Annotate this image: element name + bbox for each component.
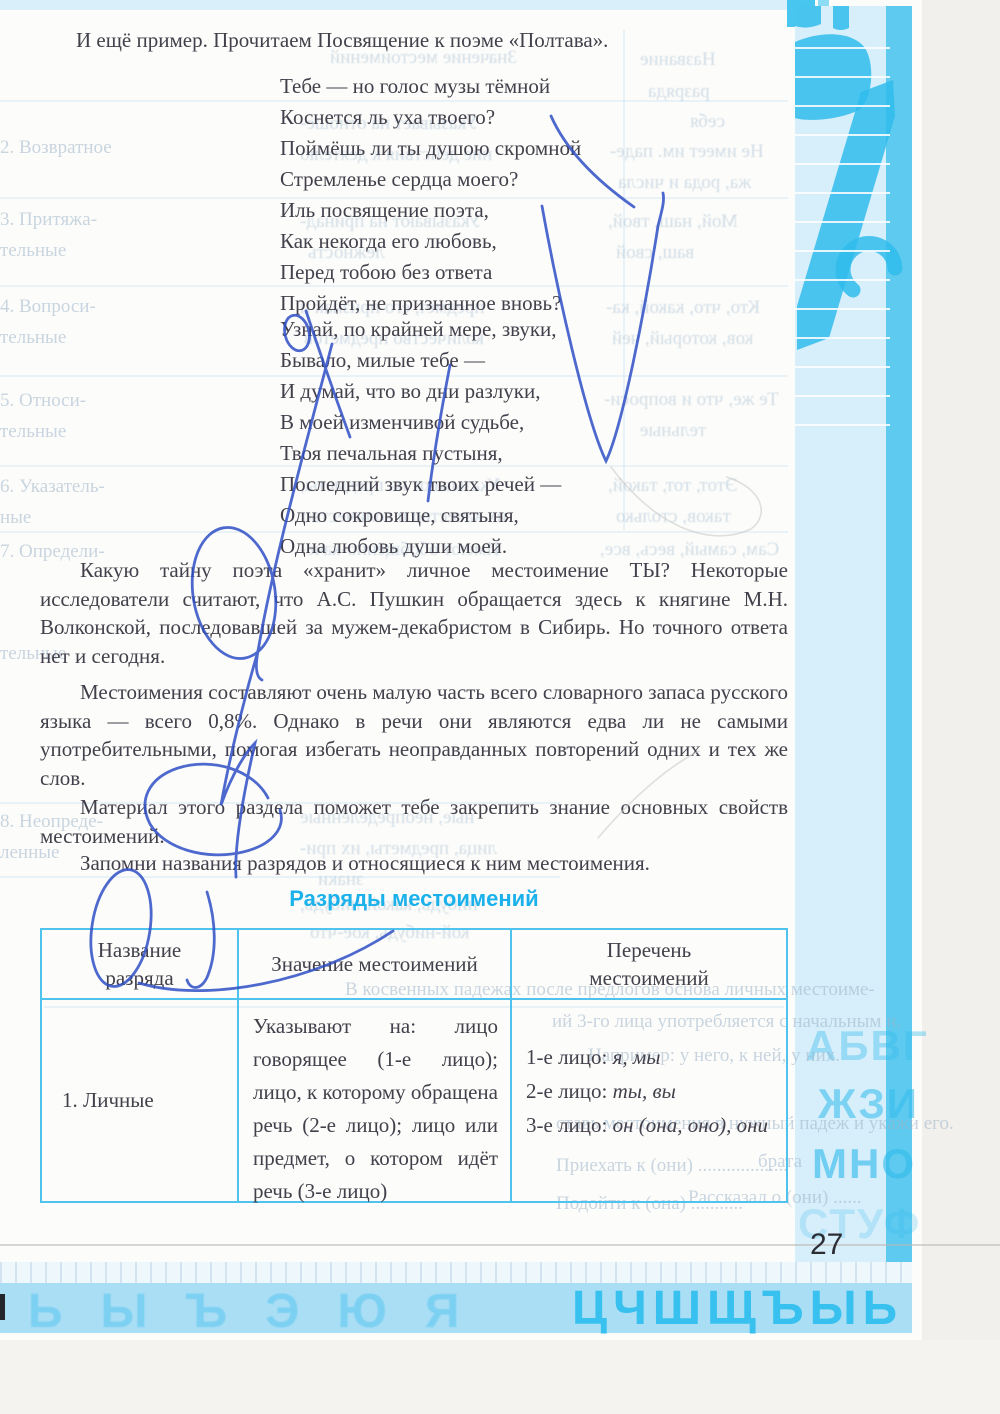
poem-line: Последний звук твоих речей — (280, 469, 561, 500)
poem-stanza-2: Узнай, по крайней мере, звуки, Бывало, м… (280, 314, 561, 562)
poem-line: Бывало, милые тебе — (280, 345, 561, 376)
table-cell-meaning: Указывают на: лицо говорящее (1-е лицо);… (237, 1000, 510, 1201)
poem-line: Одно сокровище, святыня, (280, 500, 561, 531)
poem-line: В моей изменчивой судьбе, (280, 407, 561, 438)
table-cell-list: 1-е лицо: я, мы 2-е лицо: ты, вы 3-е лиц… (510, 1000, 786, 1201)
pronoun-table: Название разряда Значение местоимений Пе… (40, 928, 788, 1203)
list-item: 1-е лицо: я, мы (526, 1040, 778, 1074)
body-paragraph: Запомни названия разрядов и относящиеся … (40, 849, 788, 878)
intro-paragraph: И ещё пример. Прочитаем Посвящение к поэ… (40, 26, 788, 55)
poem-line: Поймёшь ли ты душою скромной (280, 133, 581, 164)
list-item: 2-е лицо: ты, вы (526, 1074, 778, 1108)
poem-line: Перед тобою без ответа (280, 257, 581, 288)
body-paragraph: Местоимения составляют очень малую часть… (40, 678, 788, 792)
poem-line: Стремленье сердца моего? (280, 164, 581, 195)
table-header-meaning: Значение местоимений (237, 930, 510, 1000)
table-header-name: Название разряда (42, 930, 237, 1000)
poem-line: И думай, что во дни разлуки, (280, 376, 561, 407)
poem-line: Тебе — но голос музы тёмной (280, 71, 581, 102)
list-item: 3-е лицо: он (она, оно), они (526, 1108, 778, 1142)
body-paragraph: Какую тайну поэта «хранит» личное местои… (40, 556, 788, 670)
poem-line: Иль посвящение поэта, (280, 195, 581, 226)
section-heading: Разряды местоимений (40, 886, 788, 912)
table-cell-category: 1. Личные (42, 1000, 237, 1201)
poem-line: Узнай, по крайней мере, звуки, (280, 314, 561, 345)
table-header-list: Перечень местоимений (510, 930, 786, 1000)
poem-line: Коснется ль уха твоего? (280, 102, 581, 133)
printed-content: И ещё пример. Прочитаем Посвящение к поэ… (0, 0, 1000, 1414)
body-paragraph: Материал этого раздела поможет тебе закр… (40, 793, 788, 850)
poem-line: Твоя печальная пустыня, (280, 438, 561, 469)
poem-line: Как некогда его любовь, (280, 226, 581, 257)
poem-stanza-1: Тебе — но голос музы тёмной Коснется ль … (280, 71, 581, 319)
